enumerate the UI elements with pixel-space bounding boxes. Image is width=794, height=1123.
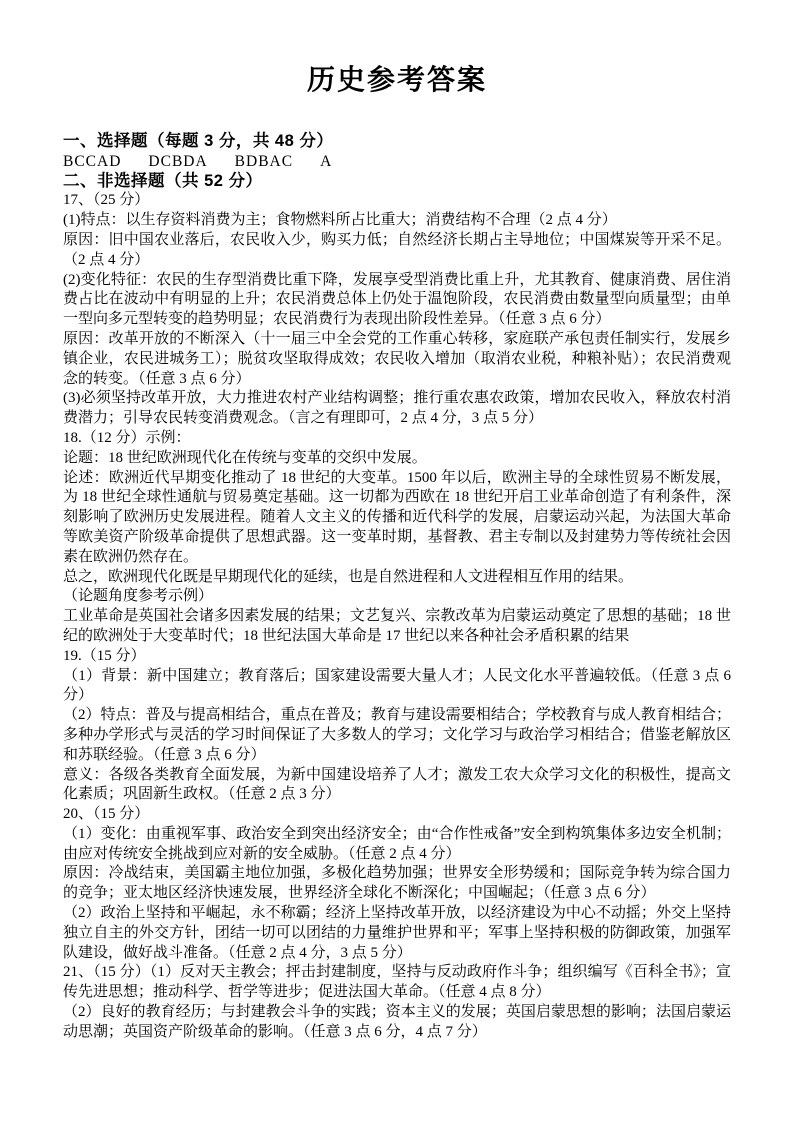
- q20-part2: （2）政治上坚持和平崛起，永不称霸；经济上坚持改革开放，以经济建设为中心不动摇；…: [63, 904, 731, 963]
- q19-significance: 意义：各级各类教育全面发展，为新中国建设培养了人才；激发工农大众学习文化的积极性…: [63, 766, 731, 806]
- choice-answer-group: A: [320, 152, 332, 172]
- q18-angle-note: （论题角度参考示例）: [63, 587, 731, 607]
- q21-part2: （2）良好的教育经历；与封建教会斗争的实践；资本主义的发展；英国启蒙思想的影响；…: [63, 1003, 731, 1043]
- q17-part2: (2)变化特征：农民的生存型消费比重下降，发展享受型消费比重上升，尤其教育、健康…: [63, 271, 731, 330]
- multiple-choice-answers: BCCADDCBDABDBACA: [63, 152, 731, 172]
- q18-angle-examples: 工业革命是英国社会诸多因素发展的结果；文艺复兴、宗教改革为启蒙运动奠定了思想的基…: [63, 607, 731, 647]
- q17-part2-reason: 原因：改革开放的不断深入（十一届三中全会党的工作重心转移，家庭联产承包责任制实行…: [63, 330, 731, 389]
- q18-conclusion: 总之，欧洲现代化既是早期现代化的延续，也是自然进程和人文进程相互作用的结果。: [63, 568, 731, 588]
- q18-number: 18.（12 分）示例：: [63, 429, 731, 449]
- q19-part2: （2）特点：普及与提高相结合，重点在普及；教育与建设需要相结合；学校教育与成人教…: [63, 706, 731, 765]
- q18-exposition: 论述：欧洲近代早期变化推动了 18 世纪的大变革。1500 年以后，欧洲主导的全…: [63, 469, 731, 568]
- page-title: 历史参考答案: [63, 64, 731, 98]
- q20-part1-reason: 原因：冷战结束，美国霸主地位加强，多极化趋势加强；世界安全形势缓和；国际竞争转为…: [63, 864, 731, 904]
- q18-thesis: 论题：18 世纪欧洲现代化在传统与变革的交织中发展。: [63, 449, 731, 469]
- section-heading-non-choice: 二、非选择题（共 52 分）: [63, 172, 731, 192]
- q19-part1: （1）背景：新中国建立；教育落后；国家建设需要大量人才；人民文化水平普遍较低。（…: [63, 667, 731, 707]
- q17-part1: (1)特点：以生存资料消费为主；食物燃料所占比重大；消费结构不合理（2 点 4 …: [63, 211, 731, 231]
- choice-answer-group: DCBDA: [148, 152, 207, 172]
- q21-part1: 21、（15 分）（1）反对天主教会；抨击封建制度，坚持与反动政府作斗争；组织编…: [63, 963, 731, 1003]
- q17-number: 17、（25 分）: [63, 191, 731, 211]
- choice-answer-group: BCCAD: [63, 152, 121, 172]
- section-heading-choice: 一、选择题（每题 3 分，共 48 分）: [63, 132, 731, 152]
- q17-part3: (3)必须坚持改革开放，大力推进农村产业结构调整；推行重农惠农政策，增加农民收入…: [63, 389, 731, 429]
- document-body: 一、选择题（每题 3 分，共 48 分）BCCADDCBDABDBACA二、非选…: [63, 132, 731, 1043]
- q19-number: 19.（15 分）: [63, 647, 731, 667]
- q20-number: 20、（15 分）: [63, 805, 731, 825]
- q20-part1: （1）变化：由重视军事、政治安全到突出经济安全；由“合作性戒备”安全到构筑集体多…: [63, 825, 731, 865]
- answer-sheet-page: 历史参考答案 一、选择题（每题 3 分，共 48 分）BCCADDCBDABDB…: [0, 0, 794, 1123]
- choice-answer-group: BDBAC: [235, 152, 293, 172]
- q17-part1-reason: 原因：旧中国农业落后，农民收入少，购买力低；自然经济长期占主导地位；中国煤炭等开…: [63, 231, 731, 271]
